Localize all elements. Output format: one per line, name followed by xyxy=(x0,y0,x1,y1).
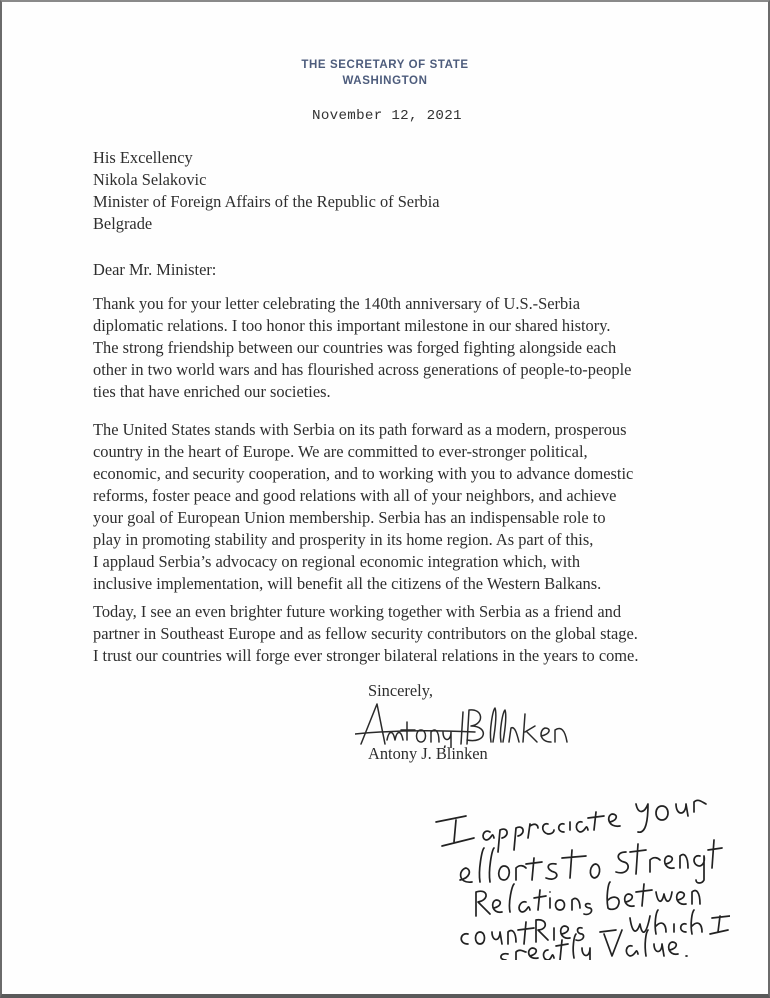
paragraph-3: Today, I see an even brighter future wor… xyxy=(93,601,713,667)
paragraph-line: your goal of European Union membership. … xyxy=(93,507,713,529)
paragraph-line: economic, and security cooperation, and … xyxy=(93,463,713,485)
paragraph-2: The United States stands with Serbia on … xyxy=(93,419,713,595)
paragraph-line: Today, I see an even brighter future wor… xyxy=(93,601,713,623)
paragraph-line: inclusive implementation, will benefit a… xyxy=(93,573,713,595)
recipient-line: Minister of Foreign Affairs of the Repub… xyxy=(93,191,440,213)
paragraph-line: country in the heart of Europe. We are c… xyxy=(93,441,713,463)
paragraph-line: other in two world wars and has flourish… xyxy=(93,359,713,381)
paragraph-line: The United States stands with Serbia on … xyxy=(93,419,713,441)
paragraph-line: play in promoting stability and prosperi… xyxy=(93,529,713,551)
letter-date: November 12, 2021 xyxy=(312,108,462,124)
paragraph-line: reforms, foster peace and good relations… xyxy=(93,485,713,507)
recipient-line: His Excellency xyxy=(93,147,440,169)
paragraph-line: I applaud Serbia’s advocacy on regional … xyxy=(93,551,713,573)
paragraph-line: ties that have enriched our societies. xyxy=(93,381,713,403)
closing: Sincerely, xyxy=(368,680,433,702)
handwritten-note xyxy=(430,780,730,960)
salutation: Dear Mr. Minister: xyxy=(93,259,216,281)
signer-printed-name: Antony J. Blinken xyxy=(368,743,488,765)
letterhead-title: THE SECRETARY OF STATE xyxy=(0,59,770,71)
paragraph-line: diplomatic relations. I too honor this i… xyxy=(93,315,713,337)
paragraph-line: I trust our countries will forge ever st… xyxy=(93,645,713,667)
paragraph-line: Thank you for your letter celebrating th… xyxy=(93,293,713,315)
handwritten-signature xyxy=(355,700,595,748)
recipient-line: Nikola Selakovic xyxy=(93,169,440,191)
paragraph-line: The strong friendship between our countr… xyxy=(93,337,713,359)
letterhead-location: WASHINGTON xyxy=(0,75,770,87)
paragraph-line: partner in Southeast Europe and as fello… xyxy=(93,623,713,645)
recipient-address: His Excellency Nikola Selakovic Minister… xyxy=(93,147,440,235)
recipient-line: Belgrade xyxy=(93,213,440,235)
paragraph-1: Thank you for your letter celebrating th… xyxy=(93,293,713,403)
